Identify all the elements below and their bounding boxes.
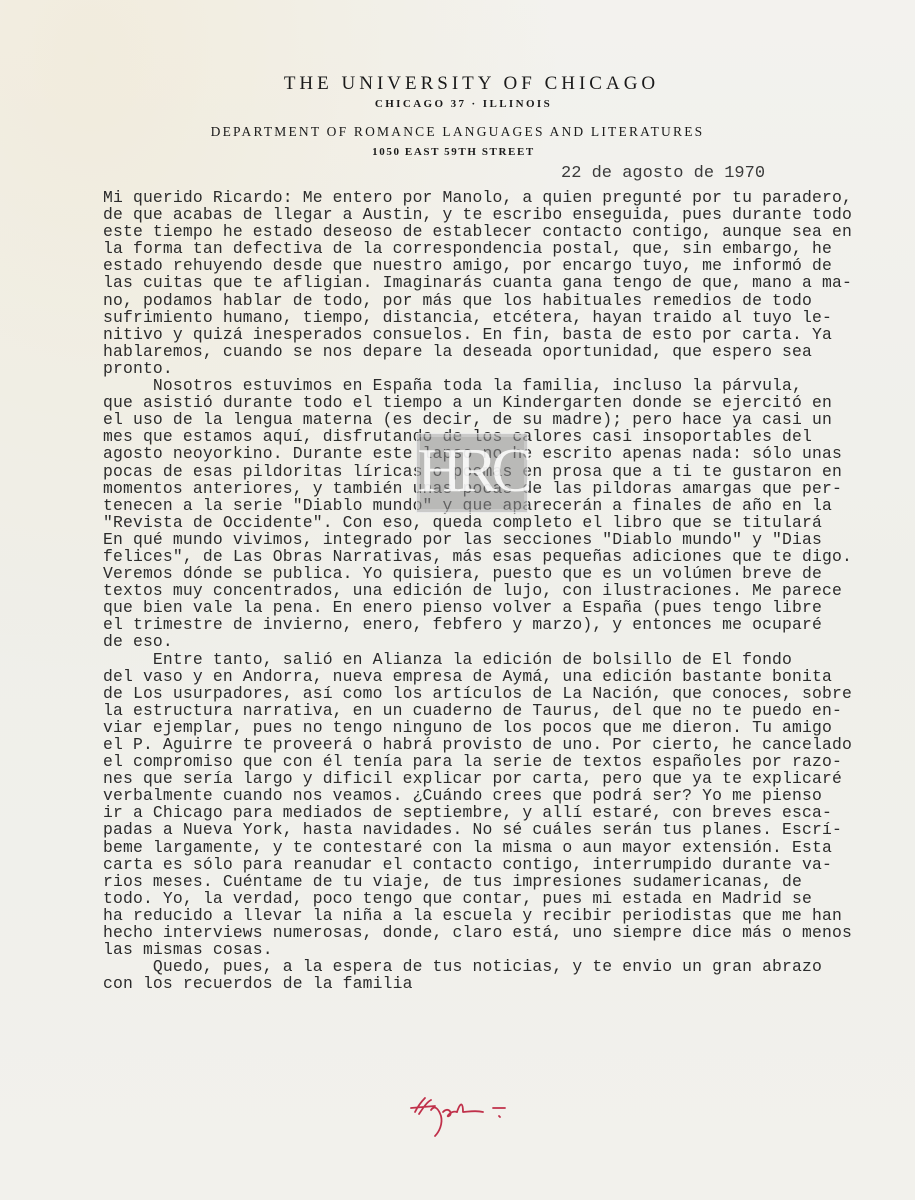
- letter-line: pocas de esas pildoritas líricas o poema…: [103, 463, 903, 480]
- letter-line: Quedo, pues, a la espera de tus noticias…: [103, 958, 903, 975]
- letter-line: nitivo y quizá inesperados consuelos. En…: [103, 326, 903, 343]
- letter-line: el uso de la lengua materna (es decir, d…: [103, 411, 903, 428]
- letterhead-city: CHICAGO 37 · ILLINOIS: [6, 98, 915, 110]
- letter-line: felices", de Las Obras Narrativas, más e…: [103, 548, 903, 565]
- letter-line: las cuitas que te afligian. Imaginarás c…: [103, 274, 903, 291]
- letter-line: hecho interviews numerosas, donde, claro…: [103, 924, 903, 941]
- letter-line: no, podamos hablar de todo, por más que …: [103, 292, 903, 309]
- letter-line: sufrimiento humano, tiempo, distancia, e…: [103, 309, 903, 326]
- letter-line: este tiempo he estado deseoso de estable…: [103, 223, 903, 240]
- letter-line: nes que sería largo y dificil explicar p…: [103, 770, 903, 787]
- letter-line: ir a Chicago para mediados de septiembre…: [103, 804, 903, 821]
- letterhead-institution: THE UNIVERSITY OF CHICAGO: [14, 73, 915, 95]
- letter-line: de Los usurpadores, así como los artícul…: [103, 685, 903, 702]
- letter-line: mes que estamos aquí, disfrutando de los…: [103, 428, 903, 445]
- letter-line: beme largamente, y te contestaré con la …: [103, 839, 903, 856]
- letter-line: de que acabas de llegar a Austin, y te e…: [103, 206, 903, 223]
- letter-line: pronto.: [103, 360, 903, 377]
- letter-date: 22 de agosto de 1970: [561, 164, 765, 183]
- letter-line: agosto neoyorkino. Durante este lapso no…: [103, 445, 903, 462]
- letter-line: Entre tanto, salió en Alianza la edición…: [103, 651, 903, 668]
- letter-line: las mismas cosas.: [103, 941, 903, 958]
- letter-line: la forma tan defectiva de la corresponde…: [103, 240, 903, 257]
- letter-line: momentos anteriores, y también unas poca…: [103, 480, 903, 497]
- letter-line: Nosotros estuvimos en España toda la fam…: [103, 377, 903, 394]
- letter-line: que bien vale la pena. En enero pienso v…: [103, 599, 903, 616]
- letter-line: estado rehuyendo desde que nuestro amigo…: [103, 257, 903, 274]
- letter-line: el compromiso que con él tenía para la s…: [103, 753, 903, 770]
- letter-line: con los recuerdos de la familia: [103, 975, 903, 992]
- letter-line: que asistió durante todo el tiempo a un …: [103, 394, 903, 411]
- letter-line: el P. Aguirre te proveerá o habrá provis…: [103, 736, 903, 753]
- letter-line: "Revista de Occidente". Con eso, queda c…: [103, 514, 903, 531]
- letter-line: todo. Yo, la verdad, poco tengo que cont…: [103, 890, 903, 907]
- letter-line: hablaremos, cuando se nos depare la dese…: [103, 343, 903, 360]
- letterhead-address: 1050 EAST 59TH STREET: [0, 146, 911, 158]
- letter-line: ha reducido a llevar la niña a la escuel…: [103, 907, 903, 924]
- letter-line: del vaso y en Andorra, nueva empresa de …: [103, 668, 903, 685]
- letter-line: En qué mundo vivimos, integrado por las …: [103, 531, 903, 548]
- letter-line: Veremos dónde se publica. Yo quisiera, p…: [103, 565, 903, 582]
- letter-line: tenecen a la serie "Diablo mundo" y que …: [103, 497, 903, 514]
- letter-body: Mi querido Ricardo: Me entero por Manolo…: [103, 189, 903, 1010]
- letter-line: el trimestre de invierno, enero, febfero…: [103, 616, 903, 633]
- letter-line: [103, 992, 903, 1009]
- letter-line: rios meses. Cuéntame de tu viaje, de tus…: [103, 873, 903, 890]
- letter-line: la estructura narrativa, en un cuaderno …: [103, 702, 903, 719]
- letter-line: padas a Nueva York, hasta navidades. No …: [103, 821, 903, 838]
- letter-line: carta es sólo para reanudar el contacto …: [103, 856, 903, 873]
- letter-line: textos muy concentrados, una edición de …: [103, 582, 903, 599]
- letter-line: viar ejemplar, pues no tengo ninguno de …: [103, 719, 903, 736]
- letter-line: de eso.: [103, 633, 903, 650]
- letter-line: verbalmente cuando nos veamos. ¿Cuándo c…: [103, 787, 903, 804]
- letterhead-department: DEPARTMENT OF ROMANCE LANGUAGES AND LITE…: [0, 124, 915, 140]
- letter-line: Mi querido Ricardo: Me entero por Manolo…: [103, 189, 903, 206]
- handwritten-signature: [405, 1090, 545, 1140]
